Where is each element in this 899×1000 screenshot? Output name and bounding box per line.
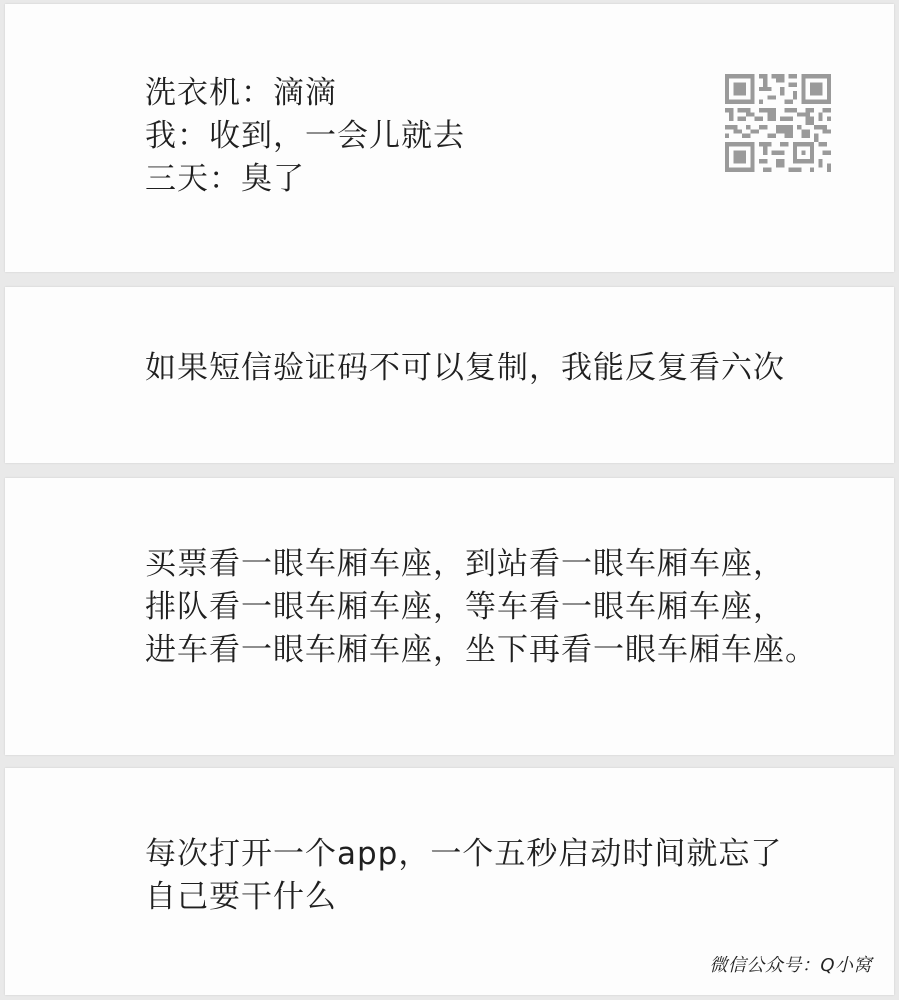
meme-card-sms-code: 如果短信验证码不可以复制，我能反复看六次 [5, 287, 894, 463]
text-line: 买票看一眼车厢车座，到站看一眼车厢车座， [145, 543, 817, 586]
meme-card-train-seat: 买票看一眼车厢车座，到站看一眼车厢车座， 排队看一眼车厢车座，等车看一眼车厢车座… [5, 478, 894, 755]
meme-card-app-launch: 每次打开一个app，一个五秒启动时间就忘了 自己要干什么 微信公众号：Q小窝 [5, 768, 894, 995]
card-text: 如果短信验证码不可以复制，我能反复看六次 [145, 347, 785, 390]
text-line: 如果短信验证码不可以复制，我能反复看六次 [145, 347, 785, 390]
qr-code-icon [725, 74, 831, 172]
card-text: 每次打开一个app，一个五秒启动时间就忘了 自己要干什么 [145, 833, 782, 919]
text-line: 每次打开一个app，一个五秒启动时间就忘了 [145, 833, 782, 876]
watermark-text: 微信公众号：Q小窝 [709, 951, 872, 977]
meme-card-washing-machine: 洗衣机：滴滴 我：收到，一会儿就去 三天：臭了 [5, 4, 894, 272]
text-line: 洗衣机：滴滴 [145, 72, 465, 115]
text-line: 进车看一眼车厢车座，坐下再看一眼车厢车座。 [145, 629, 817, 672]
card-text: 买票看一眼车厢车座，到站看一眼车厢车座， 排队看一眼车厢车座，等车看一眼车厢车座… [145, 543, 817, 672]
text-line: 排队看一眼车厢车座，等车看一眼车厢车座， [145, 586, 817, 629]
text-line: 我：收到，一会儿就去 [145, 115, 465, 158]
text-line: 自己要干什么 [145, 876, 782, 919]
text-line: 三天：臭了 [145, 158, 465, 201]
card-text: 洗衣机：滴滴 我：收到，一会儿就去 三天：臭了 [145, 72, 465, 201]
